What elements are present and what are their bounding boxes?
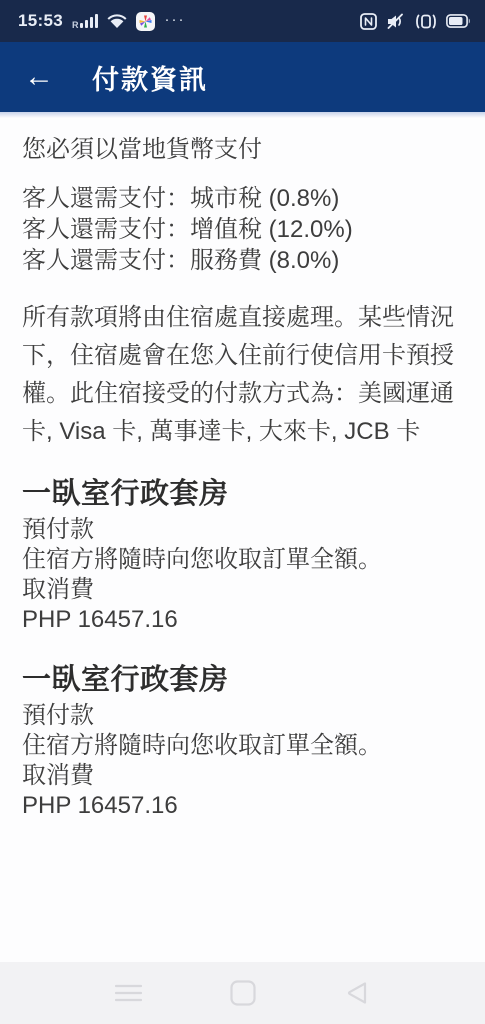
phone-screen: 15:53 R — [0, 0, 485, 1024]
room-charge-note: 住宿方將隨時向您收取訂單全額。 — [22, 731, 463, 761]
room-name: 一臥室行政套房 — [22, 475, 463, 513]
signal-bars-icon — [80, 14, 98, 28]
room-block-1: 一臥室行政套房 預付款 住宿方將隨時向您收取訂單全額。 取消費 PHP 1645… — [22, 475, 463, 635]
tax-line-city: 客人還需支付：城市稅 (0.8%) — [22, 183, 463, 214]
nfc-icon — [360, 13, 377, 30]
back-nav-button[interactable] — [342, 978, 372, 1008]
payment-info-content: 您必須以當地貨幣支付 客人還需支付：城市稅 (0.8%) 客人還需支付：增值稅 … — [0, 112, 485, 962]
room-cancel-label: 取消費 — [22, 575, 463, 605]
android-nav-bar — [0, 962, 485, 1024]
status-bar: 15:53 R — [0, 0, 485, 42]
page-title: 付款資訊 — [92, 58, 208, 97]
menu-button[interactable] — [114, 978, 144, 1008]
room-charge-note: 住宿方將隨時向您收取訂單全額。 — [22, 545, 463, 575]
battery-icon — [446, 14, 471, 28]
room-cancel-label: 取消費 — [22, 761, 463, 791]
room-cancel-fee: PHP 16457.16 — [22, 605, 463, 635]
room-cancel-fee: PHP 16457.16 — [22, 791, 463, 821]
menu-icon — [115, 982, 142, 1004]
tax-line-vat: 客人還需支付：增值稅 (12.0%) — [22, 214, 463, 245]
back-nav-icon — [344, 980, 370, 1006]
more-dots-icon: ··· — [164, 11, 185, 28]
tax-line-service: 客人還需支付：服務費 (8.0%) — [22, 245, 463, 276]
pinwheel-star-icon — [139, 15, 152, 28]
mute-icon — [386, 13, 406, 30]
back-arrow-icon: ← — [24, 60, 54, 94]
room-payment-type: 預付款 — [22, 701, 463, 731]
status-bar-right — [360, 13, 471, 30]
room-name: 一臥室行政套房 — [22, 661, 463, 699]
home-icon — [230, 980, 256, 1006]
payment-methods-note: 所有款項將由住宿處直接處理。某些情況下，住宿處會在您入住前行使信用卡預授權。此住… — [22, 299, 463, 451]
room-block-2: 一臥室行政套房 預付款 住宿方將隨時向您收取訂單全額。 取消費 PHP 1645… — [22, 661, 463, 821]
status-bar-left: 15:53 R — [18, 11, 185, 31]
home-button[interactable] — [228, 978, 258, 1008]
room-payment-type: 預付款 — [22, 515, 463, 545]
app-bar: ← 付款資訊 — [0, 42, 485, 112]
network-type-label: R — [72, 20, 79, 30]
vibrate-icon — [415, 13, 437, 30]
clock: 15:53 — [18, 11, 63, 31]
back-button[interactable]: ← — [24, 53, 76, 101]
wifi-icon — [107, 14, 127, 29]
cellular-signal-icon: R — [72, 14, 99, 28]
tax-list: 客人還需支付：城市稅 (0.8%) 客人還需支付：增值稅 (12.0%) 客人還… — [22, 183, 463, 276]
currency-notice: 您必須以當地貨幣支付 — [22, 134, 463, 166]
gallery-app-icon — [136, 12, 155, 31]
